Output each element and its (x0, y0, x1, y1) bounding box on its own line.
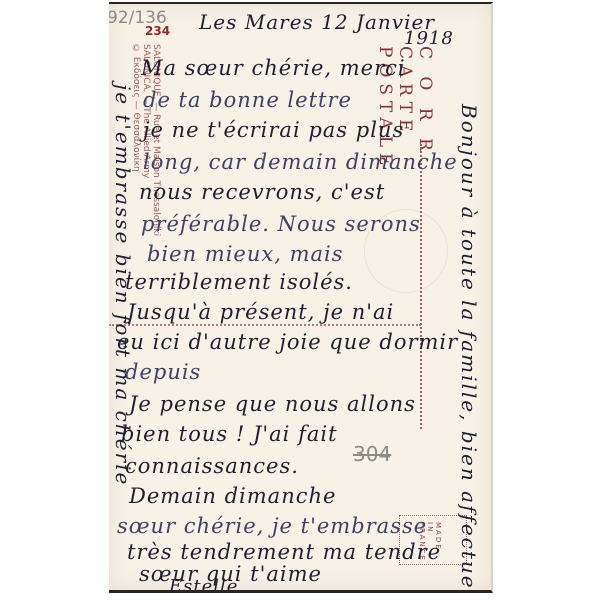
handwritten-line: bien tous ! J'ai fait (121, 422, 338, 446)
handwritten-line: très tendrement ma tendre (127, 540, 441, 564)
handwritten-line: long, car demain dimanche (143, 150, 458, 174)
handwritten-line: Ma sœur chérie, merci (141, 56, 406, 80)
pencil-price: 304 (353, 442, 391, 466)
handwritten-line: sœur chérie, je t'embrasse (117, 514, 427, 538)
handwritten-line: je ne t'écrirai pas plus (143, 118, 404, 142)
handwritten-line: de ta bonne lettre (143, 88, 352, 112)
handwritten-right-margin: Bonjour à toute la famille, bien affectu… (457, 104, 481, 544)
handwritten-line: Je pense que nous allons (129, 392, 416, 416)
handwritten-line: connaissances. (125, 454, 299, 478)
handwritten-line: nous recevrons, c'est (139, 180, 385, 204)
handwritten-line: terriblement isolés. (125, 270, 353, 294)
handwritten-line: préférable. Nous serons (141, 212, 421, 236)
handwritten-signature: Estelle (169, 576, 238, 593)
handwritten-line: eu ici d'autre joie que dormir (117, 330, 458, 354)
handwritten-year: 1918 (404, 28, 454, 49)
handwritten-line: Jusqu'à présent, je n'ai (127, 300, 394, 324)
handwritten-place-date: Les Mares 12 Janvier (199, 10, 435, 34)
handwritten-left-margin: je t'embrasse bien fort ma chérie (111, 84, 135, 584)
postcard: 92/136 234 SALONIQUE. — Rue et Maison Th… (109, 2, 493, 593)
handwritten-line: depuis (125, 360, 201, 384)
handwritten-line: bien mieux, mais (147, 242, 344, 266)
address-divider-horizontal (109, 324, 421, 326)
handwritten-line: Demain dimanche (129, 484, 336, 508)
inventory-number: 234 (145, 24, 170, 38)
